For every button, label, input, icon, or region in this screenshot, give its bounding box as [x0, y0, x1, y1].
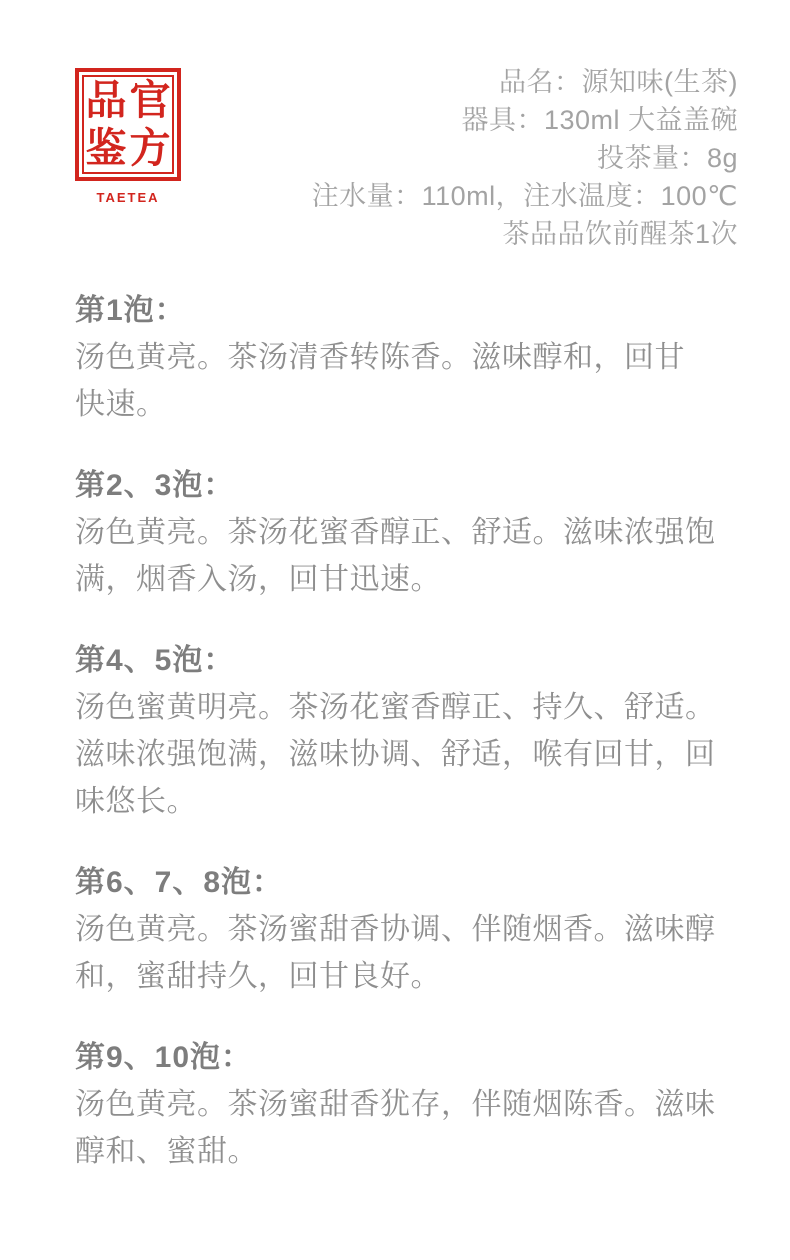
seal-char-fang: 方 [130, 128, 171, 169]
section-infusion-1: 第1泡： 汤色黄亮。茶汤清香转陈香。滋味醇和，回甘 快速。 [75, 287, 750, 428]
info-line-water: 注水量：110ml，注水温度：100℃ [312, 177, 738, 215]
section-body-line: 快速。 [75, 381, 750, 428]
section-body-line: 汤色蜜黄明亮。茶汤花蜜香醇正、持久、舒适。 [75, 684, 750, 731]
section-infusion-4-5: 第4、5泡： 汤色蜜黄明亮。茶汤花蜜香醇正、持久、舒适。 滋味浓强饱满，滋味协调… [75, 637, 750, 825]
section-body-line: 和，蜜甜持久，回甘良好。 [75, 953, 750, 1000]
section-body-line: 汤色黄亮。茶汤蜜甜香犹存，伴随烟陈香。滋味 [75, 1081, 750, 1128]
brew-info-block: 品名：源知味(生茶) 器具：130ml 大益盖碗 投茶量：8g 注水量：110m… [312, 63, 738, 253]
info-line-tea-amount: 投茶量：8g [312, 139, 738, 177]
seal-char-jian: 鉴 [86, 128, 127, 169]
section-body-line: 满，烟香入汤，回甘迅速。 [75, 556, 750, 603]
section-body-line: 汤色黄亮。茶汤蜜甜香协调、伴随烟香。滋味醇 [75, 906, 750, 953]
tasting-sections: 第1泡： 汤色黄亮。茶汤清香转陈香。滋味醇和，回甘 快速。 第2、3泡： 汤色黄… [0, 287, 790, 1175]
info-line-rinse-note: 茶品品饮前醒茶1次 [312, 215, 738, 253]
section-body-line: 味悠长。 [75, 778, 750, 825]
section-infusion-2-3: 第2、3泡： 汤色黄亮。茶汤花蜜香醇正、舒适。滋味浓强饱 满，烟香入汤，回甘迅速… [75, 462, 750, 603]
section-title: 第1泡： [75, 287, 750, 334]
seal-char-guan: 官 [130, 80, 171, 121]
tea-tasting-notes-page: 品 官 鉴 方 TAETEA 品名：源知味(生茶) 器具：130ml 大益盖碗 … [0, 0, 790, 1260]
taetea-seal-logo: 品 官 鉴 方 [75, 68, 181, 181]
seal-char-pin: 品 [86, 80, 127, 121]
section-body-line: 汤色黄亮。茶汤清香转陈香。滋味醇和，回甘 [75, 334, 750, 381]
brand-name: TAETEA [75, 190, 181, 205]
section-infusion-6-7-8: 第6、7、8泡： 汤色黄亮。茶汤蜜甜香协调、伴随烟香。滋味醇 和，蜜甜持久，回甘… [75, 859, 750, 1000]
section-body-line: 醇和、蜜甜。 [75, 1128, 750, 1175]
header: 品 官 鉴 方 TAETEA 品名：源知味(生茶) 器具：130ml 大益盖碗 … [0, 0, 790, 253]
section-infusion-9-10: 第9、10泡： 汤色黄亮。茶汤蜜甜香犹存，伴随烟陈香。滋味 醇和、蜜甜。 [75, 1034, 750, 1175]
section-body-line: 汤色黄亮。茶汤花蜜香醇正、舒适。滋味浓强饱 [75, 509, 750, 556]
section-body-line: 滋味浓强饱满，滋味协调、舒适，喉有回甘，回 [75, 731, 750, 778]
section-title: 第9、10泡： [75, 1034, 750, 1081]
section-title: 第4、5泡： [75, 637, 750, 684]
seal-inner-border: 品 官 鉴 方 [82, 75, 174, 174]
section-title: 第2、3泡： [75, 462, 750, 509]
section-title: 第6、7、8泡： [75, 859, 750, 906]
info-line-product-name: 品名：源知味(生茶) [312, 63, 738, 101]
info-line-teaware: 器具：130ml 大益盖碗 [312, 101, 738, 139]
brand-logo: 品 官 鉴 方 TAETEA [75, 63, 181, 205]
